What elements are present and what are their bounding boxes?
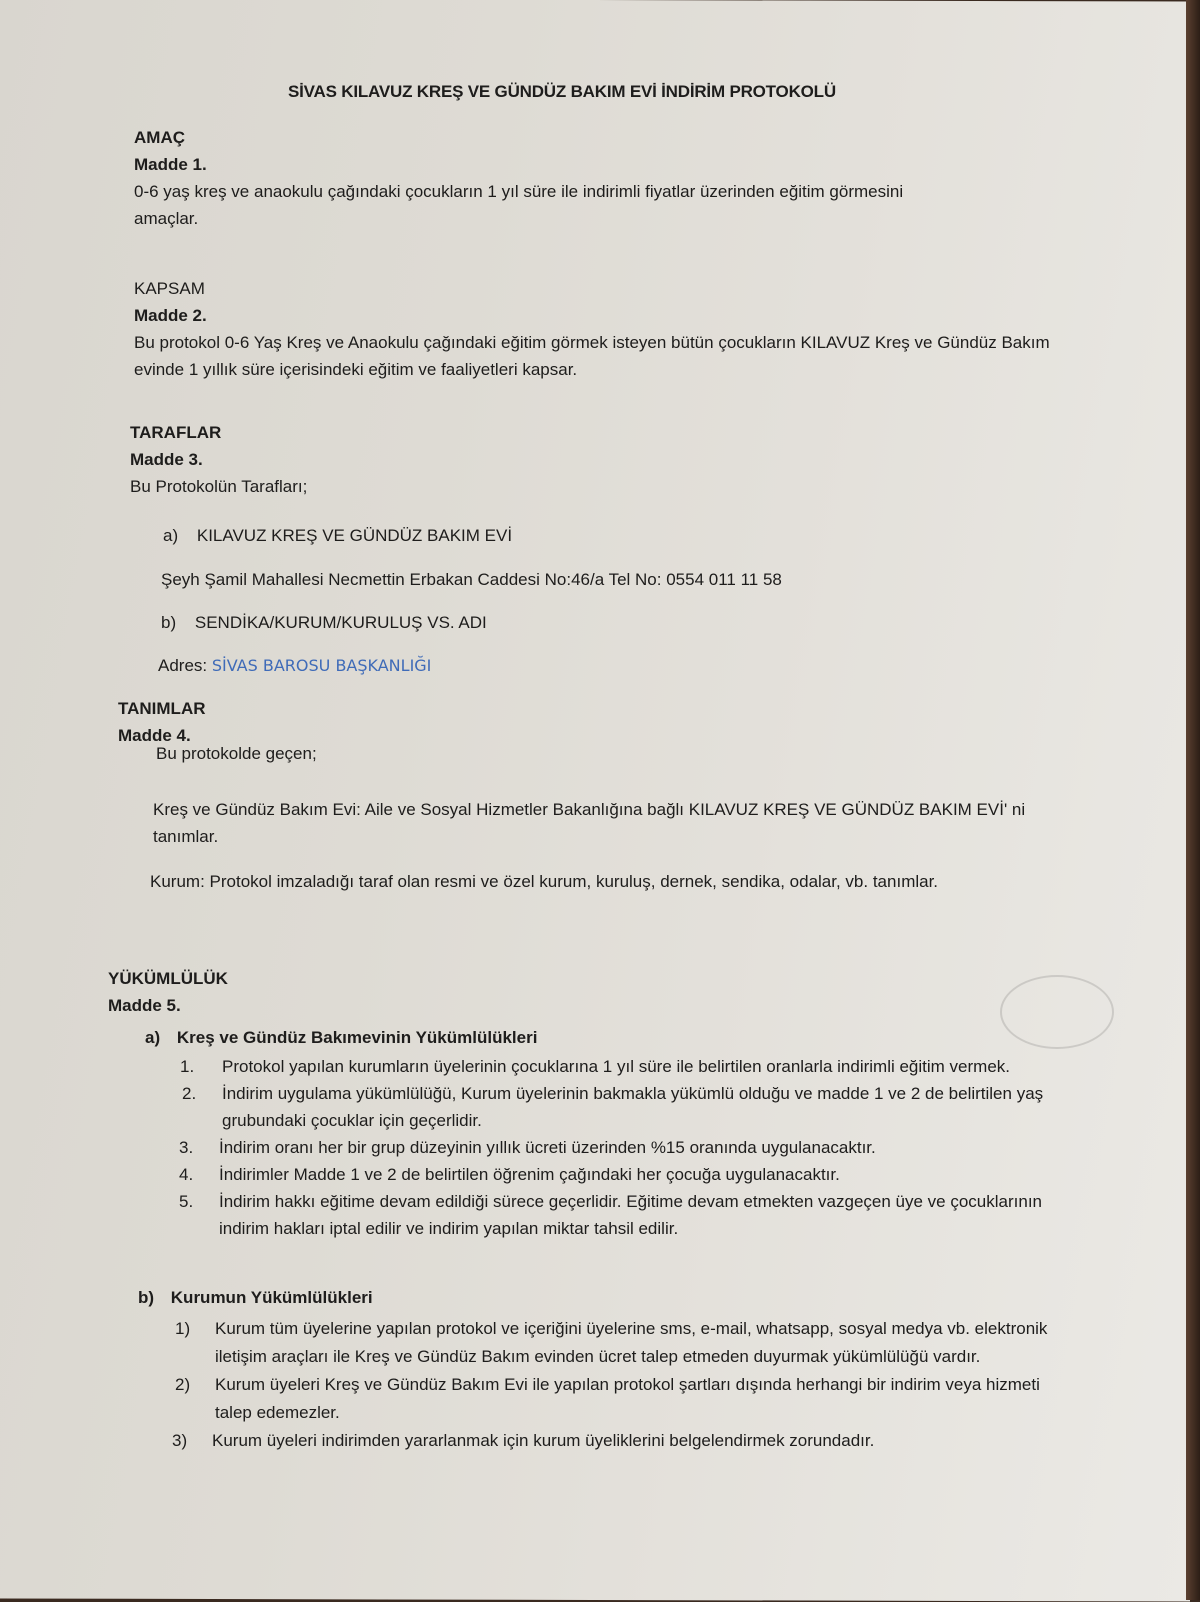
section-yukumluluk: YÜKÜMLÜLÜK Madde 5.	[108, 965, 1058, 1019]
article-text: Bu protokol 0-6 Yaş Kreş ve Anaokulu çağ…	[134, 329, 1054, 383]
document-page: SİVAS KILAVUZ KREŞ VE GÜNDÜZ BAKIM EVİ İ…	[0, 0, 1190, 1600]
list-text: Kurum üyeleri Kreş ve Gündüz Bakım Evi i…	[215, 1375, 1040, 1422]
party-a-marker: a)	[163, 526, 178, 545]
list-number: 3)	[172, 1427, 187, 1455]
subsection-a-label: Kreş ve Gündüz Bakımevinin Yükümlülükler…	[177, 1028, 538, 1047]
list-text: Kurum tüm üyelerine yapılan protokol ve …	[215, 1319, 1047, 1366]
subsection-b-marker: b)	[138, 1288, 154, 1307]
party-b-address-label: Adres:	[158, 656, 207, 675]
list-text: İndirim oranı her bir grup düzeyinin yıl…	[219, 1138, 876, 1157]
party-b-name: SENDİKA/KURUM/KURULUŞ VS. ADI	[195, 613, 487, 632]
list-item: 1) Kurum tüm üyelerine yapılan protokol …	[175, 1315, 1075, 1371]
list-item: 5. İndirim hakkı eğitime devam edildiği …	[179, 1188, 1070, 1242]
list-number: 4.	[179, 1161, 193, 1188]
party-a-address: Şeyh Şamil Mahallesi Necmettin Erbakan C…	[161, 566, 782, 593]
article-number: Madde 2.	[134, 302, 1064, 329]
party-b-address-filled: SİVAS BAROSU BAŞKANLIĞI	[212, 656, 432, 675]
list-number: 3.	[179, 1134, 193, 1161]
party-b-marker: b)	[161, 613, 176, 632]
section-kapsam: KAPSAM Madde 2. Bu protokol 0-6 Yaş Kreş…	[134, 275, 1064, 383]
definition-kres: Kreş ve Gündüz Bakım Evi: Aile ve Sosyal…	[153, 796, 1053, 850]
list-number: 2)	[175, 1371, 190, 1399]
subsection-b-title: b) Kurumun Yükümlülükleri	[138, 1288, 373, 1308]
article-number: Madde 5.	[108, 992, 1058, 1019]
subsection-a-title: a) Kreş ve Gündüz Bakımevinin Yükümlülük…	[145, 1028, 537, 1048]
party-b: b) SENDİKA/KURUM/KURULUŞ VS. ADI	[161, 609, 487, 636]
definition-kurum: Kurum: Protokol imzaladığı taraf olan re…	[150, 868, 1050, 895]
party-a-name: KILAVUZ KREŞ VE GÜNDÜZ BAKIM EVİ	[197, 526, 512, 545]
list-text: Protokol yapılan kurumların üyelerinin ç…	[222, 1057, 1010, 1076]
list-item: 1. Protokol yapılan kurumların üyelerini…	[180, 1053, 1070, 1080]
article-number: Madde 3.	[130, 446, 1080, 473]
definitions-intro: Bu protokolde geçen;	[156, 740, 317, 767]
list-number: 1.	[180, 1053, 194, 1080]
list-item: 2) Kurum üyeleri Kreş ve Gündüz Bakım Ev…	[175, 1371, 1075, 1427]
section-taraflar: TARAFLAR Madde 3. Bu Protokolün Taraflar…	[130, 419, 1080, 500]
section-amac: AMAÇ Madde 1. 0-6 yaş kreş ve anaokulu ç…	[134, 124, 994, 232]
list-item: 3) Kurum üyeleri indirimden yararlanmak …	[172, 1427, 1075, 1455]
subsection-a-list: 1. Protokol yapılan kurumların üyelerini…	[180, 1053, 1070, 1242]
article-number: Madde 1.	[134, 151, 994, 178]
list-number: 2.	[182, 1080, 196, 1107]
list-item: 4. İndirimler Madde 1 ve 2 de belirtilen…	[179, 1161, 1070, 1188]
section-heading: TANIMLAR	[118, 695, 1068, 722]
section-heading: KAPSAM	[134, 275, 1064, 302]
subsection-b-list: 1) Kurum tüm üyelerine yapılan protokol …	[175, 1315, 1075, 1455]
list-text: İndirim hakkı eğitime devam edildiği sür…	[219, 1192, 1042, 1238]
list-text: Kurum üyeleri indirimden yararlanmak içi…	[212, 1431, 874, 1450]
party-a: a) KILAVUZ KREŞ VE GÜNDÜZ BAKIM EVİ	[163, 522, 512, 549]
section-heading: AMAÇ	[134, 124, 994, 151]
subsection-b-label: Kurumun Yükümlülükleri	[171, 1288, 373, 1307]
list-number: 1)	[175, 1315, 190, 1343]
list-number: 5.	[179, 1188, 193, 1215]
article-text: 0-6 yaş kreş ve anaokulu çağındaki çocuk…	[134, 178, 964, 232]
section-heading: YÜKÜMLÜLÜK	[108, 965, 1058, 992]
subsection-a-marker: a)	[145, 1028, 160, 1047]
list-item: 2. İndirim uygulama yükümlülüğü, Kurum ü…	[182, 1080, 1070, 1134]
section-heading: TARAFLAR	[130, 419, 1080, 446]
list-text: İndirimler Madde 1 ve 2 de belirtilen öğ…	[219, 1165, 840, 1184]
list-item: 3. İndirim oranı her bir grup düzeyinin …	[179, 1134, 1070, 1161]
document-title: SİVAS KILAVUZ KREŞ VE GÜNDÜZ BAKIM EVİ İ…	[288, 82, 836, 102]
list-text: İndirim uygulama yükümlülüğü, Kurum üyel…	[222, 1084, 1043, 1130]
article-intro: Bu Protokolün Tarafları;	[130, 473, 1080, 500]
party-b-address: Adres: SİVAS BAROSU BAŞKANLIĞI	[158, 652, 431, 679]
